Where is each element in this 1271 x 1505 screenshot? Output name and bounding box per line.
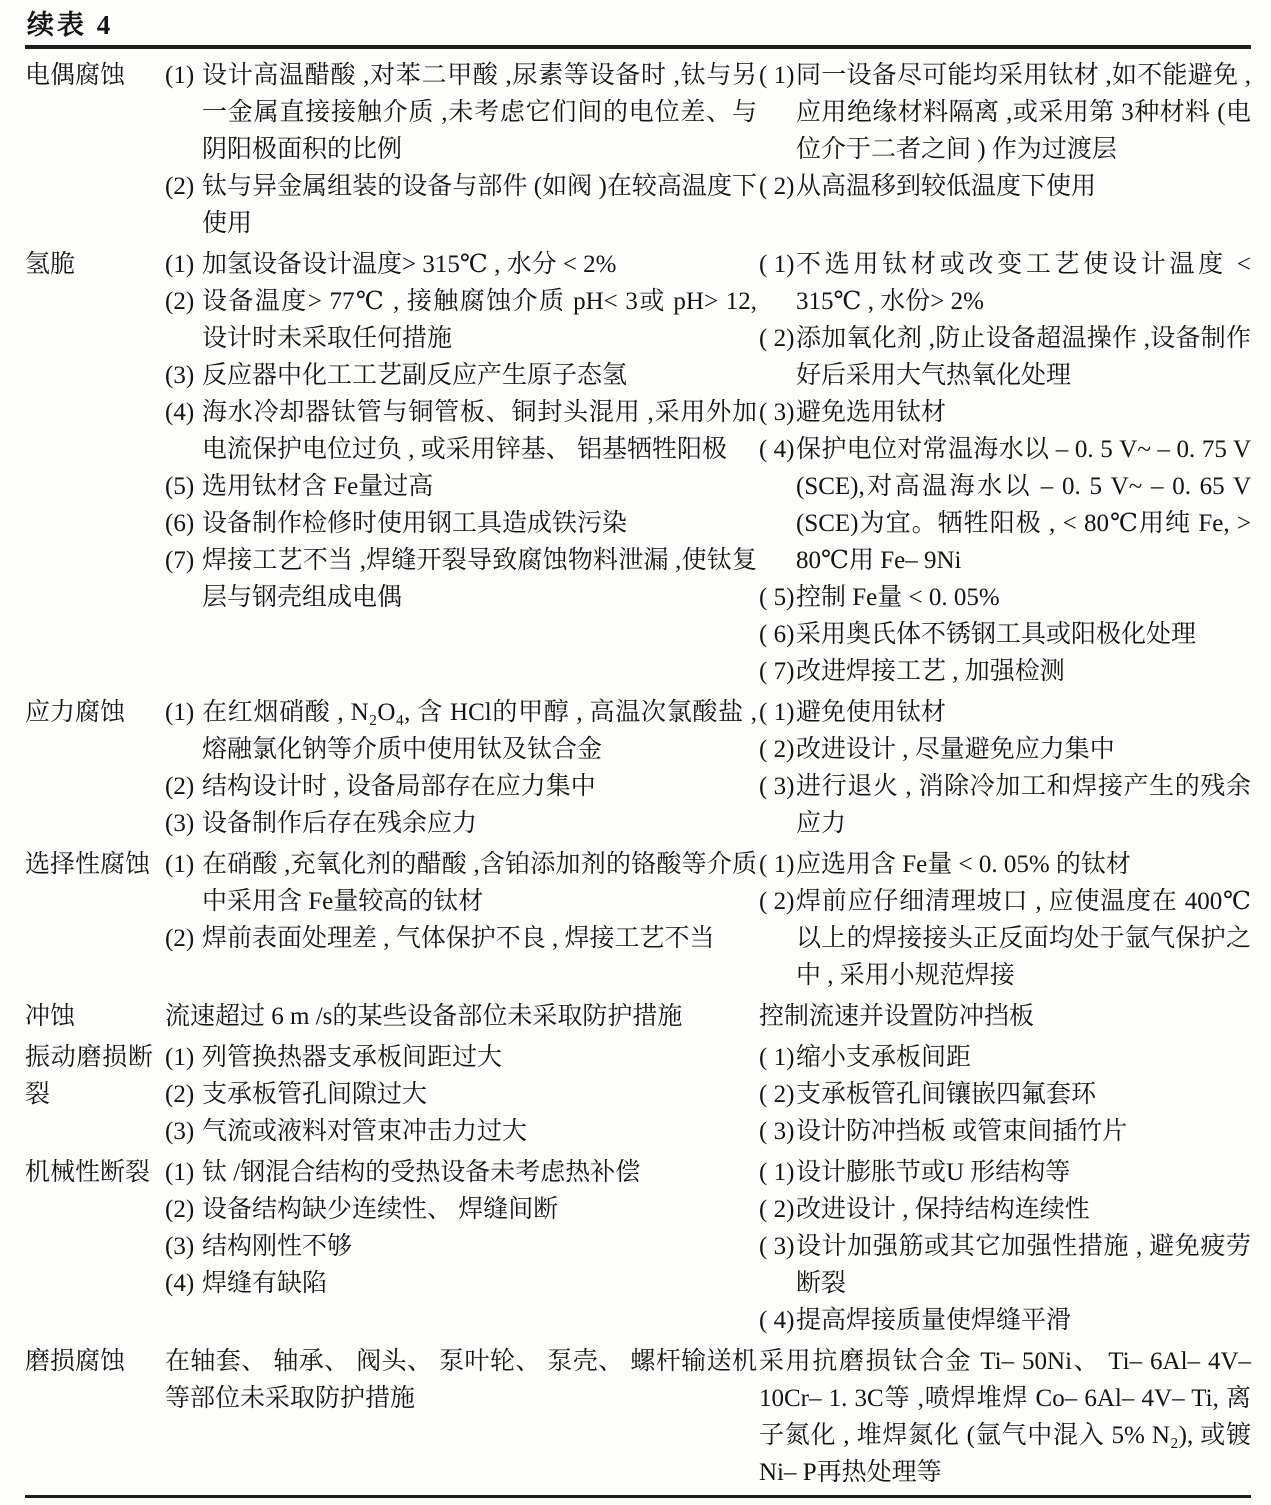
cause-cell: (1)在红烟硝酸 , N₂O₄, 含 HCl的甲醇 , 高温次氯酸盐 , 熔融氯… bbox=[165, 694, 757, 842]
item-number: ( 2) bbox=[759, 168, 794, 205]
table-row: 氢脆(1)加氢设备设计温度> 315℃ , 水分 < 2%(2)设备温度> 77… bbox=[25, 246, 1251, 690]
measure-item: ( 1)应选用含 Fe量 < 0. 05% 的钛材 bbox=[759, 846, 1251, 883]
item-text: 同一设备尽可能均采用钛材 ,如不能避免 , 应用绝缘材料隔离 ,或采用第 3种材… bbox=[796, 62, 1251, 163]
table-row: 磨损腐蚀在轴套、 轴承、 阀头、 泵叶轮、 泵壳、 螺杆输送机等部位未采取防护措… bbox=[25, 1343, 1251, 1491]
item-number: (2) bbox=[165, 1191, 194, 1228]
cause-item: (2)焊前表面处理差 , 气体保护不良 , 焊接工艺不当 bbox=[165, 920, 757, 957]
measure-item: ( 2)改进设计 , 尽量避免应力集中 bbox=[759, 731, 1251, 768]
cause-item: (2)支承板管孔间隙过大 bbox=[165, 1076, 757, 1113]
cause-item: (7)焊接工艺不当 ,焊缝开裂导致腐蚀物料泄漏 ,使钛复层与钢壳组成电偶 bbox=[165, 542, 757, 616]
corrosion-type-label: 机械性断裂 bbox=[25, 1154, 165, 1339]
item-text: 改进设计 , 尽量避免应力集中 bbox=[796, 736, 1115, 763]
item-number: ( 1) bbox=[759, 1039, 794, 1076]
item-text: 采用奥氏体不锈钢工具或阳极化处理 bbox=[796, 621, 1196, 648]
item-text: 应选用含 Fe量 < 0. 05% 的钛材 bbox=[796, 851, 1131, 878]
item-text: 设计加强筋或其它加强性措施 , 避免疲劳断裂 bbox=[796, 1233, 1251, 1297]
measure-cell: 控制流速并设置防冲挡板 bbox=[757, 998, 1251, 1035]
item-text: 在红烟硝酸 , N₂O₄, 含 HCl的甲醇 , 高温次氯酸盐 , 熔融氯化钠等… bbox=[202, 699, 757, 763]
cause-item: (5)选用钛材含 Fe量过高 bbox=[165, 468, 757, 505]
measure-item: ( 2)从高温移到较低温度下使用 bbox=[759, 168, 1251, 205]
cause-item: (1)列管换热器支承板间距过大 bbox=[165, 1039, 757, 1076]
item-text: 提高焊接质量使焊缝平滑 bbox=[796, 1307, 1071, 1334]
table-row: 冲蚀流速超过 6 m /s的某些设备部位未采取防护措施控制流速并设置防冲挡板 bbox=[25, 998, 1251, 1035]
cause-item: (1)设计高温醋酸 ,对苯二甲酸 ,尿素等设备时 ,钛与另一金属直接接触介质 ,… bbox=[165, 57, 757, 168]
measure-item: ( 2)改进设计 , 保持结构连续性 bbox=[759, 1191, 1251, 1228]
cause-item: (2)设备温度> 77℃ , 接触腐蚀介质 pH< 3或 pH> 12, 设计时… bbox=[165, 283, 757, 357]
item-text: 支承板管孔间隙过大 bbox=[202, 1081, 427, 1108]
item-number: (1) bbox=[165, 846, 194, 883]
measure-item: 采用抗磨损钛合金 Ti– 50Ni、 Ti– 6Al– 4V– 10Cr– 1.… bbox=[759, 1343, 1251, 1491]
measure-item: ( 3)设计防冲挡板 或管束间插竹片 bbox=[759, 1113, 1251, 1150]
item-text: 添加氧化剂 ,防止设备超温操作 ,设备制作好后采用大气热氧化处理 bbox=[796, 325, 1251, 389]
item-text: 设备温度> 77℃ , 接触腐蚀介质 pH< 3或 pH> 12, 设计时未采取… bbox=[202, 288, 757, 352]
item-text: 结构刚性不够 bbox=[202, 1233, 352, 1260]
item-text: 控制 Fe量 < 0. 05% bbox=[796, 584, 1000, 611]
item-number: (1) bbox=[165, 1154, 194, 1191]
measure-cell: 采用抗磨损钛合金 Ti– 50Ni、 Ti– 6Al– 4V– 10Cr– 1.… bbox=[757, 1343, 1251, 1491]
item-number: ( 1) bbox=[759, 846, 794, 883]
corrosion-table: 电偶腐蚀(1)设计高温醋酸 ,对苯二甲酸 ,尿素等设备时 ,钛与另一金属直接接触… bbox=[25, 49, 1251, 1491]
corrosion-type-label: 冲蚀 bbox=[25, 998, 165, 1035]
cause-cell: 在轴套、 轴承、 阀头、 泵叶轮、 泵壳、 螺杆输送机等部位未采取防护措施 bbox=[165, 1343, 757, 1491]
measure-item: ( 1)同一设备尽可能均采用钛材 ,如不能避免 , 应用绝缘材料隔离 ,或采用第… bbox=[759, 57, 1251, 168]
measure-item: ( 6)采用奥氏体不锈钢工具或阳极化处理 bbox=[759, 616, 1251, 653]
cause-cell: (1)在硝酸 ,充氧化剂的醋酸 ,含铂添加剂的铬酸等介质中采用含 Fe量较高的钛… bbox=[165, 846, 757, 994]
item-text: 钛与异金属组装的设备与部件 (如阀 )在较高温度下使用 bbox=[202, 173, 757, 237]
item-number: (2) bbox=[165, 168, 194, 205]
item-text: 缩小支承板间距 bbox=[796, 1044, 971, 1071]
measure-item: ( 1)避免使用钛材 bbox=[759, 694, 1251, 731]
item-number: (2) bbox=[165, 1076, 194, 1113]
measure-item: ( 1)设计膨胀节或U 形结构等 bbox=[759, 1154, 1251, 1191]
item-text: 钛 /钢混合结构的受热设备未考虑热补偿 bbox=[202, 1159, 640, 1186]
cause-item: (6)设备制作检修时使用钢工具造成铁污染 bbox=[165, 505, 757, 542]
cause-cell: 流速超过 6 m /s的某些设备部位未采取防护措施 bbox=[165, 998, 757, 1035]
cause-cell: (1)列管换热器支承板间距过大(2)支承板管孔间隙过大(3)气流或液料对管束冲击… bbox=[165, 1039, 757, 1150]
corrosion-type-label: 氢脆 bbox=[25, 246, 165, 690]
corrosion-type-label: 应力腐蚀 bbox=[25, 694, 165, 842]
corrosion-type-label: 振动磨损断裂 bbox=[25, 1039, 165, 1150]
cause-item: (1)在红烟硝酸 , N₂O₄, 含 HCl的甲醇 , 高温次氯酸盐 , 熔融氯… bbox=[165, 694, 757, 768]
measure-item: ( 7)改进焊接工艺 , 加强检测 bbox=[759, 653, 1251, 690]
item-text: 反应器中化工工艺副反应产生原子态氢 bbox=[202, 362, 627, 389]
item-number: ( 4) bbox=[759, 431, 794, 468]
item-text: 选用钛材含 Fe量过高 bbox=[202, 473, 433, 500]
cause-cell: (1)加氢设备设计温度> 315℃ , 水分 < 2%(2)设备温度> 77℃ … bbox=[165, 246, 757, 690]
item-number: ( 3) bbox=[759, 394, 794, 431]
item-text: 设备制作检修时使用钢工具造成铁污染 bbox=[202, 510, 627, 537]
item-number: (5) bbox=[165, 468, 194, 505]
item-text: 避免选用钛材 bbox=[796, 399, 946, 426]
item-text: 流速超过 6 m /s的某些设备部位未采取防护措施 bbox=[165, 1003, 682, 1030]
item-number: ( 2) bbox=[759, 731, 794, 768]
cause-item: 流速超过 6 m /s的某些设备部位未采取防护措施 bbox=[165, 998, 757, 1035]
item-number: ( 1) bbox=[759, 694, 794, 731]
item-text: 保护电位对常温海水以 – 0. 5 V~ – 0. 75 V (SCE),对高温… bbox=[796, 436, 1251, 574]
corrosion-type-label: 电偶腐蚀 bbox=[25, 57, 165, 242]
measure-item: ( 2)添加氧化剂 ,防止设备超温操作 ,设备制作好后采用大气热氧化处理 bbox=[759, 320, 1251, 394]
measure-cell: ( 1)不选用钛材或改变工艺使设计温度 < 315℃ , 水份> 2%( 2)添… bbox=[757, 246, 1251, 690]
item-number: (2) bbox=[165, 283, 194, 320]
item-number: (2) bbox=[165, 920, 194, 957]
item-text: 采用抗磨损钛合金 Ti– 50Ni、 Ti– 6Al– 4V– 10Cr– 1.… bbox=[759, 1348, 1251, 1486]
item-number: (1) bbox=[165, 694, 194, 731]
measure-item: ( 1)缩小支承板间距 bbox=[759, 1039, 1251, 1076]
cause-item: (1)加氢设备设计温度> 315℃ , 水分 < 2% bbox=[165, 246, 757, 283]
cause-cell: (1)设计高温醋酸 ,对苯二甲酸 ,尿素等设备时 ,钛与另一金属直接接触介质 ,… bbox=[165, 57, 757, 242]
item-number: ( 7) bbox=[759, 653, 794, 690]
cause-item: (1)在硝酸 ,充氧化剂的醋酸 ,含铂添加剂的铬酸等介质中采用含 Fe量较高的钛… bbox=[165, 846, 757, 920]
item-text: 改进焊接工艺 , 加强检测 bbox=[796, 658, 1065, 685]
document-page: 续表 4 电偶腐蚀(1)设计高温醋酸 ,对苯二甲酸 ,尿素等设备时 ,钛与另一金… bbox=[0, 0, 1271, 1505]
item-number: (4) bbox=[165, 1265, 194, 1302]
cause-item: (4)海水冷却器钛管与铜管板、铜封头混用 ,采用外加电流保护电位过负 , 或采用… bbox=[165, 394, 757, 468]
table-rows: 电偶腐蚀(1)设计高温醋酸 ,对苯二甲酸 ,尿素等设备时 ,钛与另一金属直接接触… bbox=[25, 57, 1251, 1491]
item-text: 设计高温醋酸 ,对苯二甲酸 ,尿素等设备时 ,钛与另一金属直接接触介质 ,未考虑… bbox=[202, 62, 757, 163]
item-number: (2) bbox=[165, 768, 194, 805]
table-row: 电偶腐蚀(1)设计高温醋酸 ,对苯二甲酸 ,尿素等设备时 ,钛与另一金属直接接触… bbox=[25, 57, 1251, 242]
item-number: (7) bbox=[165, 542, 194, 579]
item-number: ( 3) bbox=[759, 768, 794, 805]
item-number: (4) bbox=[165, 394, 194, 431]
measure-item: ( 5)控制 Fe量 < 0. 05% bbox=[759, 579, 1251, 616]
item-number: ( 2) bbox=[759, 1076, 794, 1113]
measure-item: 控制流速并设置防冲挡板 bbox=[759, 998, 1251, 1035]
cause-item: (3)气流或液料对管束冲击力过大 bbox=[165, 1113, 757, 1150]
item-text: 焊前应仔细清理坡口 , 应使温度在 400℃ 以上的焊接接头正反面均处于氩气保护… bbox=[796, 888, 1251, 989]
cause-item: (1)钛 /钢混合结构的受热设备未考虑热补偿 bbox=[165, 1154, 757, 1191]
cause-item: (4)焊缝有缺陷 bbox=[165, 1265, 757, 1302]
item-text: 支承板管孔间镶嵌四氟套环 bbox=[796, 1081, 1096, 1108]
table-row: 机械性断裂(1)钛 /钢混合结构的受热设备未考虑热补偿(2)设备结构缺少连续性、… bbox=[25, 1154, 1251, 1339]
corrosion-type-label: 选择性腐蚀 bbox=[25, 846, 165, 994]
measure-item: ( 3)避免选用钛材 bbox=[759, 394, 1251, 431]
item-number: (3) bbox=[165, 1113, 194, 1150]
item-text: 海水冷却器钛管与铜管板、铜封头混用 ,采用外加电流保护电位过负 , 或采用锌基、… bbox=[202, 399, 757, 463]
item-number: ( 2) bbox=[759, 1191, 794, 1228]
item-number: (3) bbox=[165, 805, 194, 842]
measure-cell: ( 1)设计膨胀节或U 形结构等( 2)改进设计 , 保持结构连续性( 3)设计… bbox=[757, 1154, 1251, 1339]
corrosion-type-label: 磨损腐蚀 bbox=[25, 1343, 165, 1491]
item-number: ( 2) bbox=[759, 320, 794, 357]
measure-item: ( 1)不选用钛材或改变工艺使设计温度 < 315℃ , 水份> 2% bbox=[759, 246, 1251, 320]
item-number: ( 1) bbox=[759, 246, 794, 283]
item-number: (1) bbox=[165, 246, 194, 283]
item-number: ( 3) bbox=[759, 1113, 794, 1150]
item-text: 从高温移到较低温度下使用 bbox=[796, 173, 1096, 200]
measure-item: ( 3)进行退火 , 消除冷加工和焊接产生的残余应力 bbox=[759, 768, 1251, 842]
item-text: 焊缝有缺陷 bbox=[202, 1270, 327, 1297]
table-title: 续表 4 bbox=[27, 8, 1251, 42]
cause-item: (3)设备制作后存在残余应力 bbox=[165, 805, 757, 842]
item-text: 焊前表面处理差 , 气体保护不良 , 焊接工艺不当 bbox=[202, 925, 715, 952]
item-number: (6) bbox=[165, 505, 194, 542]
item-number: (3) bbox=[165, 1228, 194, 1265]
item-text: 加氢设备设计温度> 315℃ , 水分 < 2% bbox=[202, 251, 617, 278]
item-text: 不选用钛材或改变工艺使设计温度 < 315℃ , 水份> 2% bbox=[796, 251, 1251, 315]
item-text: 设计防冲挡板 或管束间插竹片 bbox=[796, 1118, 1127, 1145]
item-number: (1) bbox=[165, 57, 194, 94]
table-row: 选择性腐蚀(1)在硝酸 ,充氧化剂的醋酸 ,含铂添加剂的铬酸等介质中采用含 Fe… bbox=[25, 846, 1251, 994]
item-text: 设计膨胀节或U 形结构等 bbox=[796, 1159, 1070, 1186]
cause-item: 在轴套、 轴承、 阀头、 泵叶轮、 泵壳、 螺杆输送机等部位未采取防护措施 bbox=[165, 1343, 757, 1417]
measure-item: ( 2)支承板管孔间镶嵌四氟套环 bbox=[759, 1076, 1251, 1113]
item-text: 设备结构缺少连续性、 焊缝间断 bbox=[202, 1196, 558, 1223]
item-number: ( 2) bbox=[759, 883, 794, 920]
measure-cell: ( 1)避免使用钛材( 2)改进设计 , 尽量避免应力集中( 3)进行退火 , … bbox=[757, 694, 1251, 842]
item-text: 避免使用钛材 bbox=[796, 699, 946, 726]
item-number: ( 1) bbox=[759, 1154, 794, 1191]
table-row: 应力腐蚀(1)在红烟硝酸 , N₂O₄, 含 HCl的甲醇 , 高温次氯酸盐 ,… bbox=[25, 694, 1251, 842]
cause-item: (2)结构设计时 , 设备局部存在应力集中 bbox=[165, 768, 757, 805]
cause-item: (2)钛与异金属组装的设备与部件 (如阀 )在较高温度下使用 bbox=[165, 168, 757, 242]
measure-cell: ( 1)缩小支承板间距( 2)支承板管孔间镶嵌四氟套环( 3)设计防冲挡板 或管… bbox=[757, 1039, 1251, 1150]
measure-cell: ( 1)同一设备尽可能均采用钛材 ,如不能避免 , 应用绝缘材料隔离 ,或采用第… bbox=[757, 57, 1251, 242]
cause-item: (3)反应器中化工工艺副反应产生原子态氢 bbox=[165, 357, 757, 394]
item-number: (3) bbox=[165, 357, 194, 394]
item-text: 在轴套、 轴承、 阀头、 泵叶轮、 泵壳、 螺杆输送机等部位未采取防护措施 bbox=[165, 1348, 757, 1412]
item-text: 焊接工艺不当 ,焊缝开裂导致腐蚀物料泄漏 ,使钛复层与钢壳组成电偶 bbox=[202, 547, 757, 611]
item-number: ( 6) bbox=[759, 616, 794, 653]
cause-item: (2)设备结构缺少连续性、 焊缝间断 bbox=[165, 1191, 757, 1228]
item-text: 控制流速并设置防冲挡板 bbox=[759, 1003, 1034, 1030]
item-text: 在硝酸 ,充氧化剂的醋酸 ,含铂添加剂的铬酸等介质中采用含 Fe量较高的钛材 bbox=[202, 851, 757, 915]
item-number: ( 4) bbox=[759, 1302, 794, 1339]
table-bottom-rule bbox=[25, 1495, 1251, 1498]
item-text: 进行退火 , 消除冷加工和焊接产生的残余应力 bbox=[796, 773, 1251, 837]
cause-item: (3)结构刚性不够 bbox=[165, 1228, 757, 1265]
item-text: 改进设计 , 保持结构连续性 bbox=[796, 1196, 1090, 1223]
measure-item: ( 3)设计加强筋或其它加强性措施 , 避免疲劳断裂 bbox=[759, 1228, 1251, 1302]
measure-cell: ( 1)应选用含 Fe量 < 0. 05% 的钛材( 2)焊前应仔细清理坡口 ,… bbox=[757, 846, 1251, 994]
item-number: ( 5) bbox=[759, 579, 794, 616]
measure-item: ( 4)提高焊接质量使焊缝平滑 bbox=[759, 1302, 1251, 1339]
item-number: ( 1) bbox=[759, 57, 794, 94]
table-row: 振动磨损断裂(1)列管换热器支承板间距过大(2)支承板管孔间隙过大(3)气流或液… bbox=[25, 1039, 1251, 1150]
measure-item: ( 2)焊前应仔细清理坡口 , 应使温度在 400℃ 以上的焊接接头正反面均处于… bbox=[759, 883, 1251, 994]
item-number: ( 3) bbox=[759, 1228, 794, 1265]
item-text: 设备制作后存在残余应力 bbox=[202, 810, 477, 837]
item-text: 列管换热器支承板间距过大 bbox=[202, 1044, 502, 1071]
item-number: (1) bbox=[165, 1039, 194, 1076]
cause-cell: (1)钛 /钢混合结构的受热设备未考虑热补偿(2)设备结构缺少连续性、 焊缝间断… bbox=[165, 1154, 757, 1339]
item-text: 气流或液料对管束冲击力过大 bbox=[202, 1118, 527, 1145]
item-text: 结构设计时 , 设备局部存在应力集中 bbox=[202, 773, 596, 800]
measure-item: ( 4)保护电位对常温海水以 – 0. 5 V~ – 0. 75 V (SCE)… bbox=[759, 431, 1251, 579]
